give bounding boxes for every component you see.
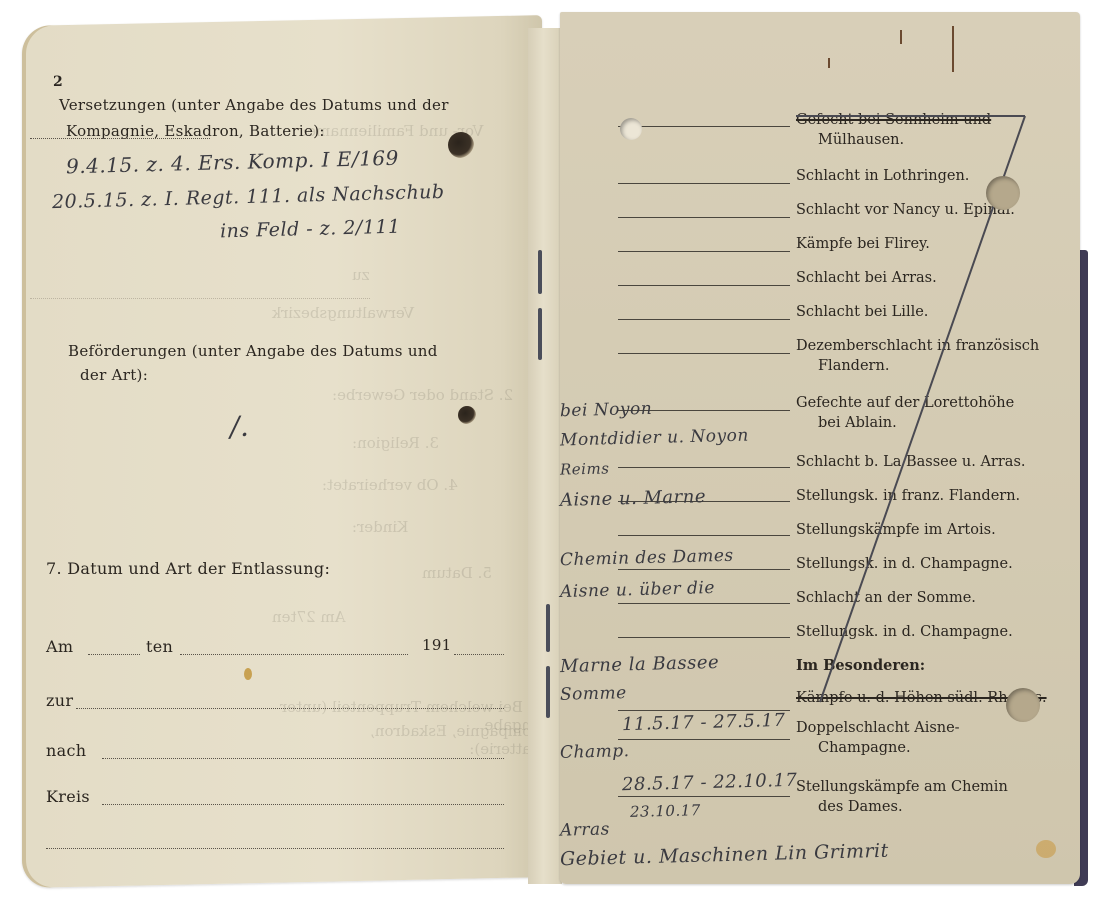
water-stain [1036, 840, 1056, 858]
bleed-through-text: 4. Ob verheiratet: [322, 476, 458, 494]
discharge-heading: 7. Datum und Art der Entlassung: [46, 556, 330, 582]
bleed-through-text: Kinder: [352, 518, 408, 536]
kreis-field[interactable] [102, 804, 504, 805]
bleed-through-text: 2. Stand oder Gewerbe: [332, 386, 513, 404]
transfers-heading-line2: Kompagnie, Eskadron, Batterie): [66, 118, 325, 144]
staple [538, 308, 542, 360]
punch-hole [1006, 688, 1040, 722]
field-label-kreis: Kreis [46, 784, 90, 810]
handwritten-note: Marne la Bassee [560, 652, 720, 677]
handwritten-note: Aisne u. über die [560, 578, 715, 602]
dotted-line [30, 138, 210, 139]
ink-stain [244, 668, 252, 680]
bleed-through-text: Verwaltungsbezirk [272, 304, 414, 322]
punch-hole [986, 176, 1020, 210]
zur-field[interactable] [76, 708, 504, 709]
extra-field[interactable] [46, 848, 504, 849]
handwritten-date: 23.10.17 [630, 801, 701, 821]
transfer-entry: 20.5.15. z. I. Regt. 111. als Nachschub [52, 181, 445, 213]
bleed-through-text: 3. Religion: [352, 434, 439, 452]
staple [538, 250, 542, 294]
dotted-line [30, 298, 370, 299]
promotions-heading: Beförderungen (unter Angabe des Datums u… [68, 338, 438, 364]
staple [546, 666, 550, 718]
right-page: Gefecht bei Sennheim und Mülhausen. Schl… [560, 12, 1080, 884]
transfer-entry: 9.4.15. z. 4. Ers. Komp. I E/169 [66, 146, 399, 179]
transfer-entry: ins Feld - z. 2/111 [220, 216, 401, 243]
punch-hole [448, 132, 474, 158]
handwritten-note: Reims [560, 459, 610, 478]
handwritten-note: Champ. [560, 741, 630, 763]
transfers-heading: Versetzungen (unter Angabe des Datums un… [59, 92, 449, 118]
punch-hole [620, 118, 642, 140]
handwritten-note: Aisne u. Marne [560, 486, 707, 511]
date-day-field[interactable] [88, 654, 140, 655]
handwritten-note: Somme [560, 683, 627, 705]
bleed-through-text: 5. Datum [422, 564, 492, 582]
field-label-zur: zur [46, 688, 73, 714]
promotions-entry: /. [230, 410, 250, 443]
bleed-through-text: Am 27ten [272, 608, 345, 626]
field-year-prefix: 191 [422, 632, 452, 658]
handwritten-note: Arras [560, 819, 610, 840]
military-passbook-spread: Vor- und Familienname: zu Verwaltungsbez… [0, 0, 1100, 903]
promotions-heading-line2: der Art): [80, 362, 148, 388]
field-label-ten: ten [146, 634, 173, 660]
handwritten-note: bei Noyon [560, 399, 653, 421]
staple [546, 604, 550, 652]
handwritten-date-range: 11.5.17 - 27.5.17 [622, 710, 786, 735]
date-month-field[interactable] [180, 654, 408, 655]
date-year-field[interactable] [454, 654, 504, 655]
nach-field[interactable] [102, 758, 504, 759]
field-label-am: Am [46, 634, 73, 660]
field-label-nach: nach [46, 738, 86, 764]
bleed-through-text: zu [352, 266, 370, 284]
left-page: Vor- und Familienname: zu Verwaltungsbez… [22, 15, 542, 888]
punch-hole [458, 406, 476, 424]
book-gutter [528, 28, 562, 884]
bleed-through-text: Kompagnie, Eskadron, Batterie): [302, 722, 542, 758]
page-number: 2 [53, 74, 63, 90]
